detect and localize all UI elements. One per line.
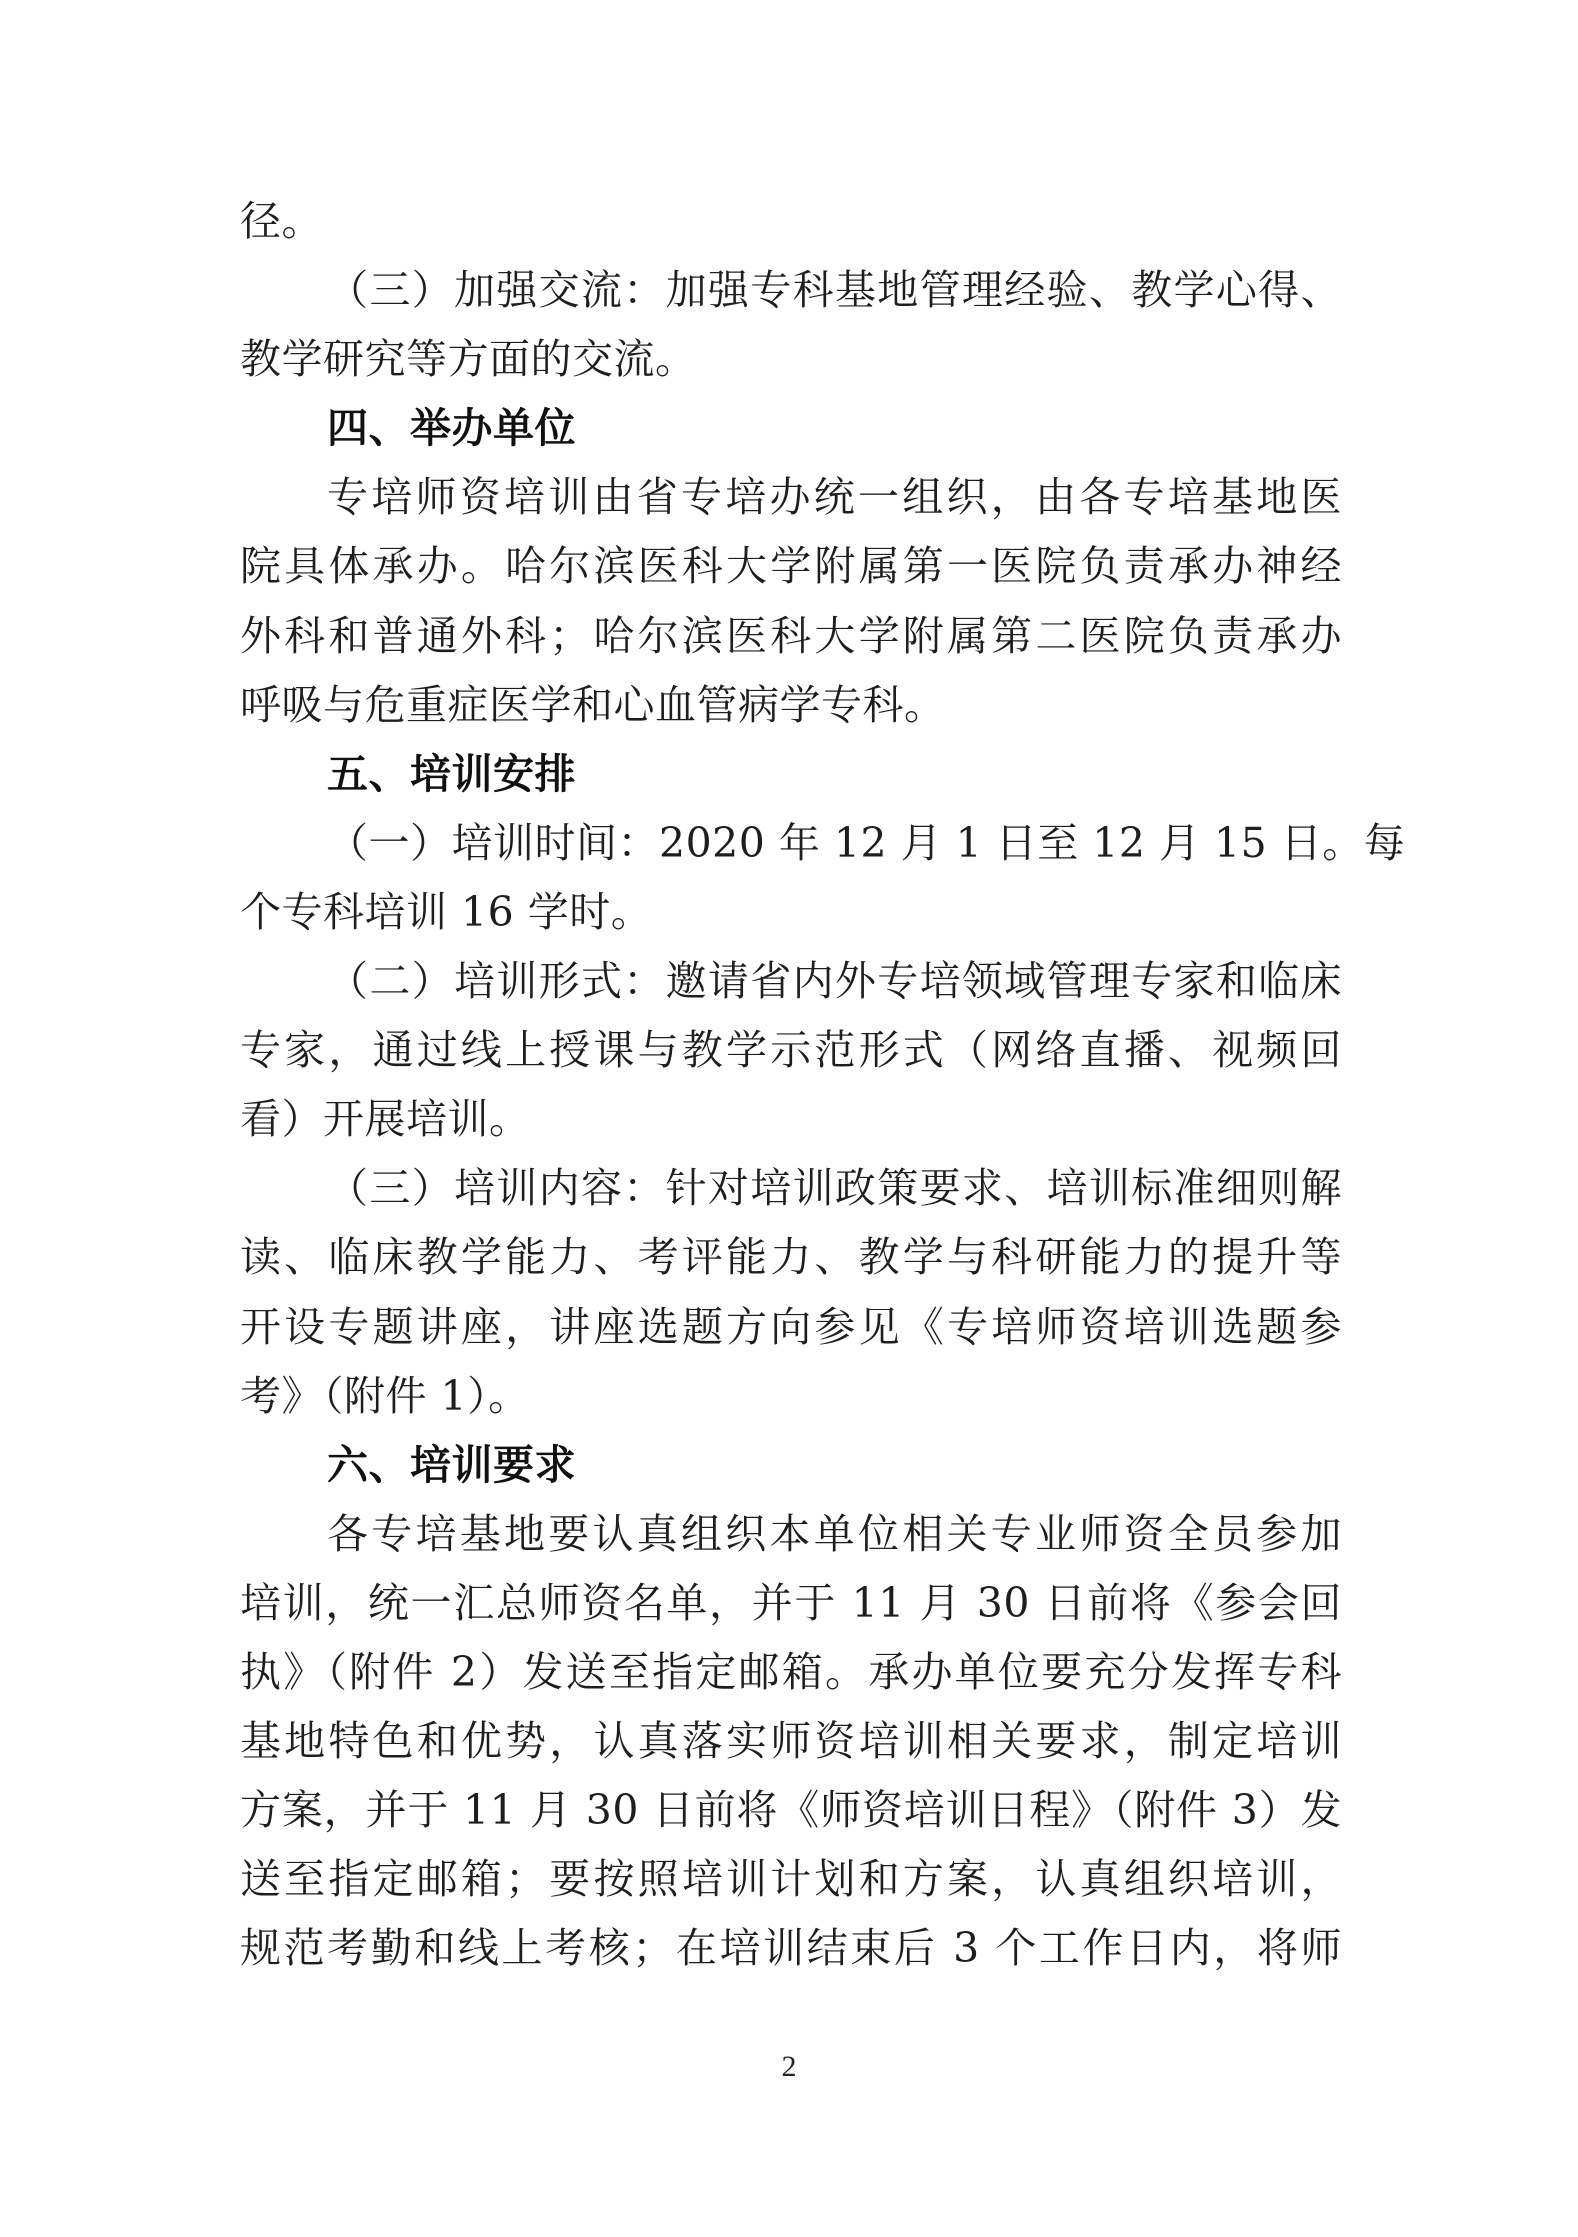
document-page: 径。 （三）加强交流：加强专科基地管理经验、教学心得、 教学研究等方面的交流。 … [0,0,1578,2237]
paragraph-line: 各专培基地要认真组织本单位相关专业师资全员参加 [240,1500,1342,1569]
paragraph-line: 看）开展培训。 [240,1085,1342,1154]
paragraph-line: 个专科培训 16 学时。 [240,878,1342,947]
paragraph-line: 读、临床教学能力、考评能力、教学与科研能力的提升等 [240,1223,1342,1292]
paragraph-line: 外科和普通外科；哈尔滨医科大学附属第二医院负责承办 [240,602,1342,671]
paragraph-line: 执》（附件 2）发送至指定邮箱。承办单位要充分发挥专科 [240,1638,1342,1707]
section-heading-6: 六、培训要求 [240,1431,1342,1500]
paragraph-line: 送至指定邮箱；要按照培训计划和方案，认真组织培训， [240,1845,1342,1914]
section-heading-5: 五、培训安排 [240,740,1342,809]
paragraph-line: （三）加强交流：加强专科基地管理经验、教学心得、 [240,256,1342,325]
paragraph-line: （一）培训时间：2020 年 12 月 1 日至 12 月 15 日。每 [240,809,1342,878]
paragraph-line: 专家，通过线上授课与教学示范形式（网络直播、视频回 [240,1016,1342,1085]
section-heading-4: 四、举办单位 [240,394,1342,463]
paragraph-line: 考》（附件 1）。 [240,1362,1342,1431]
paragraph-line: 基地特色和优势，认真落实师资培训相关要求，制定培训 [240,1707,1342,1776]
paragraph-line: 专培师资培训由省专培办统一组织，由各专培基地医 [240,463,1342,532]
paragraph-line: 规范考勤和线上考核；在培训结束后 3 个工作日内，将师 [240,1914,1342,1983]
paragraph-line: 院具体承办。哈尔滨医科大学附属第一医院负责承办神经 [240,532,1342,601]
paragraph-line: （三）培训内容：针对培训政策要求、培训标准细则解 [240,1154,1342,1223]
paragraph-line: 方案，并于 11 月 30 日前将《师资培训日程》（附件 3）发 [240,1776,1342,1845]
paragraph-line: 径。 [240,187,1342,256]
paragraph-line: 培训，统一汇总师资名单，并于 11 月 30 日前将《参会回 [240,1569,1342,1638]
paragraph-line: 教学研究等方面的交流。 [240,325,1342,394]
paragraph-line: 呼吸与危重症医学和心血管病学专科。 [240,671,1342,740]
page-number: 2 [0,2050,1578,2084]
paragraph-line: 开设专题讲座，讲座选题方向参见《专培师资培训选题参 [240,1293,1342,1362]
document-body: 径。 （三）加强交流：加强专科基地管理经验、教学心得、 教学研究等方面的交流。 … [240,187,1342,1983]
paragraph-line: （二）培训形式：邀请省内外专培领域管理专家和临床 [240,947,1342,1016]
